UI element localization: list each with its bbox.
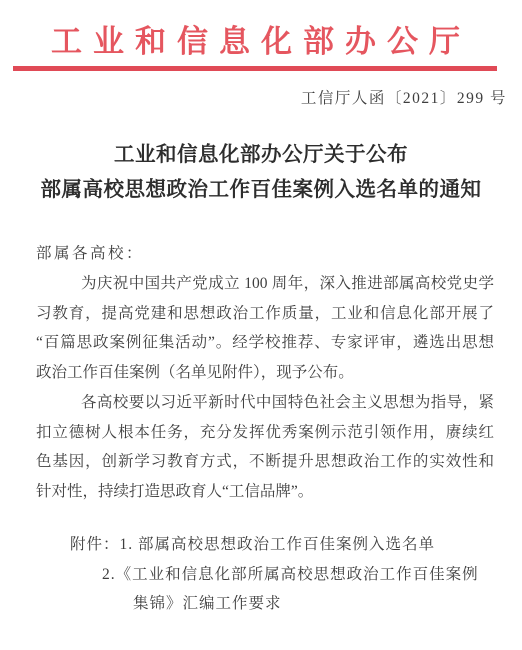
document-page: 工业和信息化部办公厅 工信厅人函〔2021〕299 号 工业和信息化部办公厅关于…	[0, 0, 522, 650]
masthead-org-name: 工业和信息化部办公厅	[0, 16, 522, 61]
masthead-divider-rule	[13, 66, 497, 71]
document-title-line-1: 工业和信息化部办公厅关于公布	[0, 138, 522, 173]
attachment-list: 附件：1. 部属高校思想政治工作百佳案例入选名单 2.《工业和信息化部所属高校思…	[36, 530, 494, 619]
document-body: 部属各高校： 为庆祝中国共产党成立 100 周年，深入推进部属高校党史学 习教育…	[36, 239, 494, 619]
document-title: 工业和信息化部办公厅关于公布 部属高校思想政治工作百佳案例入选名单的通知	[0, 138, 522, 208]
attachment-item-2-line-1: 2.《工业和信息化部所属高校思想政治工作百佳案例	[36, 560, 494, 590]
paragraph1-line-2: 习教育，提高党建和思想政治工作质量，工业和信息化部开展了	[36, 299, 494, 329]
attachment-item-2-line-2: 集锦》汇编工作要求	[36, 589, 494, 619]
paragraph1-line-1: 为庆祝中国共产党成立 100 周年，深入推进部属高校党史学	[36, 269, 494, 299]
paragraph2-line-4: 针对性，持续打造思政育人“工信品牌”。	[36, 477, 494, 507]
paragraph2-line-3: 色基因，创新学习教育方式，不断提升思想政治工作的实效性和	[36, 447, 494, 477]
paragraph2-line-2: 扣立德树人根本任务，充分发挥优秀案例示范引领作用，赓续红	[36, 418, 494, 448]
document-reference-number: 工信厅人函〔2021〕299 号	[301, 86, 507, 108]
document-title-line-2: 部属高校思想政治工作百佳案例入选名单的通知	[0, 173, 522, 208]
paragraph1-line-4: 政治工作百佳案例（名单见附件），现予公布。	[36, 358, 494, 388]
paragraph1-line-3: “百篇思政案例征集活动”。经学校推荐、专家评审，遴选出思想	[36, 328, 494, 358]
salutation: 部属各高校：	[36, 239, 494, 269]
attachment-item-1: 附件：1. 部属高校思想政治工作百佳案例入选名单	[36, 530, 494, 560]
paragraph2-line-1: 各高校要以习近平新时代中国特色社会主义思想为指导，紧	[36, 388, 494, 418]
